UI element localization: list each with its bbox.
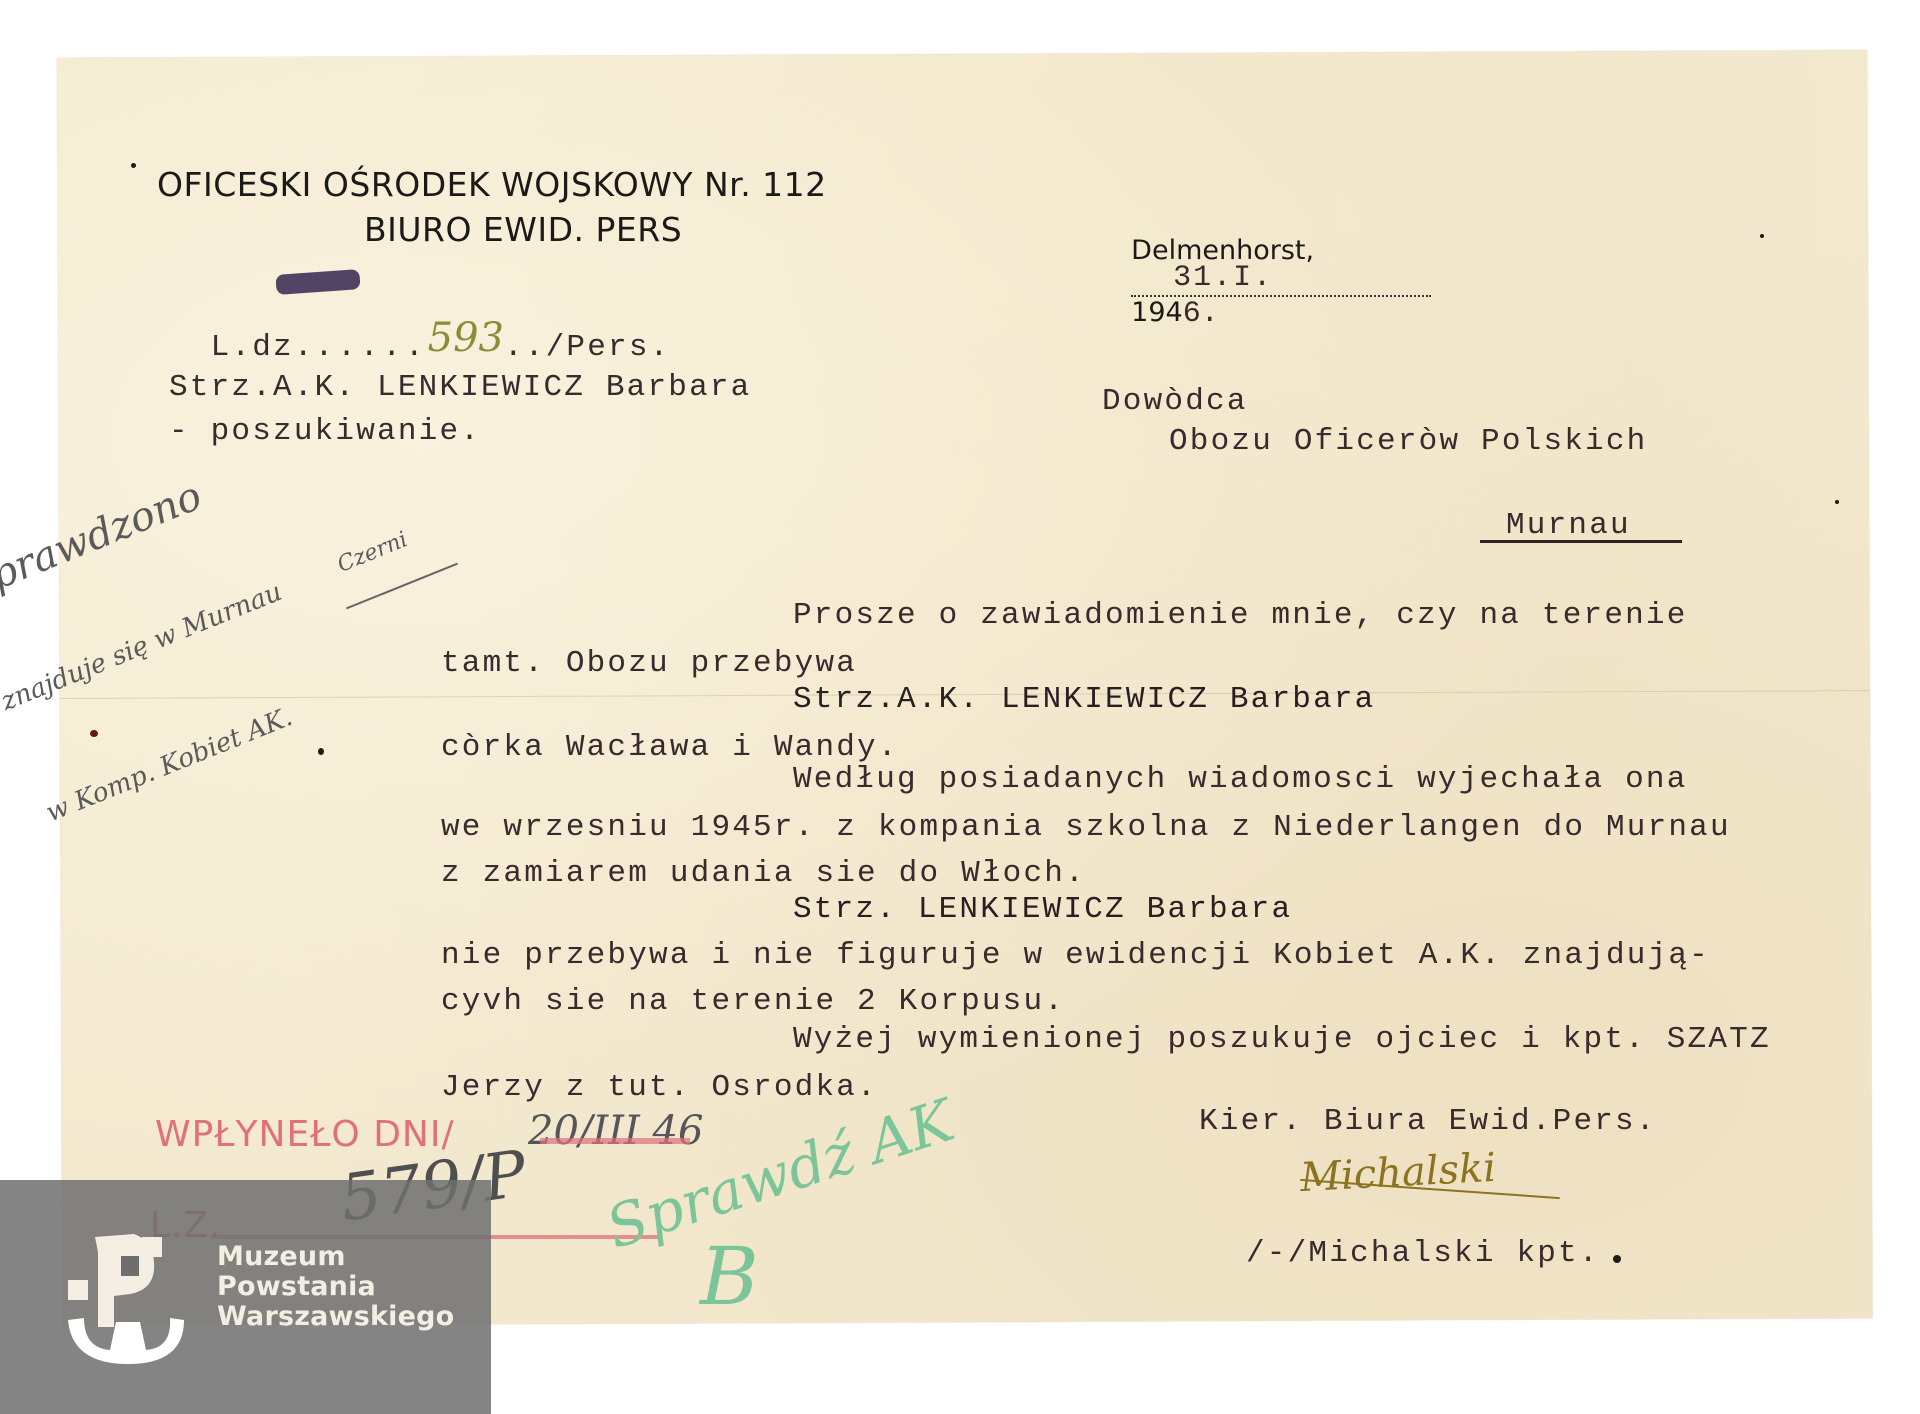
ink-dot bbox=[318, 748, 324, 755]
murnau-underline bbox=[1480, 540, 1682, 543]
body-line-6: we wrzesniu 1945r. z kompania szkolna z … bbox=[441, 810, 1731, 845]
body-line-12: Jerzy z tut. Osrodka. bbox=[441, 1070, 878, 1105]
green-note-initials: B bbox=[700, 1230, 759, 1323]
museum-name-line3: Warszawskiego bbox=[217, 1302, 454, 1332]
reference-number: 593 bbox=[428, 315, 504, 361]
body-line-2: tamt. Obozu przebywa bbox=[441, 646, 857, 681]
ink-dot bbox=[1760, 234, 1764, 238]
signature-title: Kier. Biura Ewid.Pers. bbox=[1199, 1104, 1657, 1139]
addressee-line3: Murnau bbox=[1506, 508, 1631, 543]
body-line-3: Strz.A.K. LENKIEWICZ Barbara bbox=[793, 682, 1376, 717]
date-day-month: 31.I. bbox=[1173, 261, 1273, 295]
body-line-1: Prosze o zawiadomienie mnie, czy na tere… bbox=[793, 598, 1688, 633]
body-line-5: Według posiadanych wiadomosci wyjechała … bbox=[793, 762, 1688, 797]
stamp-date-strike bbox=[540, 1138, 690, 1144]
ink-dot bbox=[1613, 1255, 1621, 1263]
addressee-line1: Dowòdca bbox=[1102, 384, 1248, 419]
date-year-suffix: 6. bbox=[1183, 297, 1219, 331]
letterhead-line2: BIURO EWID. PERS bbox=[364, 210, 682, 249]
body-line-9: nie przebywa i nie figuruje w ewidencji … bbox=[441, 938, 1710, 973]
museum-watermark: Muzeum Powstania Warszawskiego bbox=[0, 1180, 491, 1414]
pencil-note-line2: znajduje się w Murnau bbox=[0, 572, 288, 721]
body-line-4: còrka Wacława i Wandy. bbox=[441, 730, 899, 765]
date-dotted-field: 31.I. bbox=[1131, 269, 1431, 297]
reference-prefix: L.dz. bbox=[211, 330, 315, 365]
body-line-11: Wyżej wymienionej poszukuje ojciec i kpt… bbox=[793, 1022, 1771, 1057]
kotwica-logo-icon bbox=[68, 1232, 188, 1367]
body-line-10: cyvh sie na terenie 2 Korpusu. bbox=[441, 984, 1065, 1019]
received-stamp-label: WPŁYNEŁO DNI/ bbox=[155, 1114, 455, 1155]
body-line-8: Strz. LENKIEWICZ Barbara bbox=[793, 892, 1292, 927]
signature-name: /-/Michalski kpt. bbox=[1246, 1236, 1600, 1271]
museum-name-line2: Powstania bbox=[217, 1272, 454, 1302]
museum-name: Muzeum Powstania Warszawskiego bbox=[217, 1242, 454, 1332]
letterhead-line1: OFICESKI OŚRODEK WOJSKOWY Nr. 112 bbox=[157, 165, 827, 204]
ink-dot bbox=[1835, 500, 1839, 504]
body-line-7: z zamiarem udania sie do Włoch. bbox=[441, 856, 1086, 891]
ink-dot bbox=[131, 163, 136, 168]
pencil-note-line1: Sprawdzono bbox=[0, 457, 252, 606]
received-stamp-date: 20/III 46 bbox=[528, 1108, 703, 1154]
date-line: Delmenhorst, 31.I. 1946. bbox=[1114, 204, 1431, 331]
ink-dot bbox=[90, 730, 98, 737]
subject-line1: Strz.A.K. LENKIEWICZ Barbara bbox=[169, 370, 752, 405]
reference-line: L.dz......593../Pers. bbox=[169, 284, 670, 365]
addressee-line2: Obozu Oficeròw Polskich bbox=[1169, 424, 1647, 459]
museum-name-line1: Muzeum bbox=[217, 1242, 454, 1272]
reference-suffix: ../Pers. bbox=[504, 330, 670, 365]
